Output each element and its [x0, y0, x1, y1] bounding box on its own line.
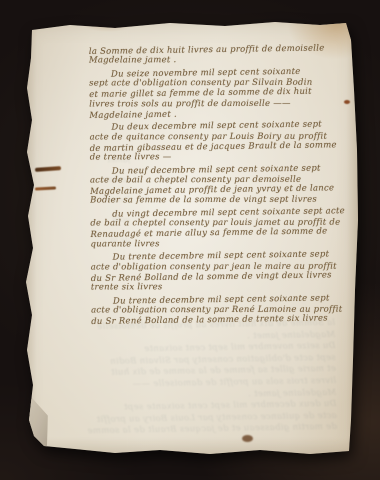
manuscript-line: Bodier sa femme de la somme de vingt sep…	[90, 195, 352, 206]
manuscript-page: jametsommelivresactede la la Somme de di…	[0, 0, 380, 480]
manuscript-paragraph: Du deux decembre mil sept cent soixante …	[89, 120, 351, 163]
manuscript-paragraph: Du trente decembre mil sept cent soixant…	[91, 294, 353, 327]
manuscript-paragraph: la Somme de dix huit livres au proffit d…	[89, 44, 351, 67]
manuscript-line: quarante livres	[90, 238, 352, 249]
manuscript-line: de trente livres —	[90, 152, 352, 163]
paper-sheet: jametsommelivresactede la la Somme de di…	[20, 20, 360, 460]
manuscript-text: la Somme de dix huit livres au proffit d…	[89, 44, 353, 329]
left-edge-binding-mark-lower	[35, 186, 56, 190]
left-edge-binding-mark-upper	[35, 166, 61, 172]
bottom-left-folded-corner	[26, 395, 48, 447]
manuscript-paragraph: Du neuf decembre mil sept cent soixante …	[90, 164, 352, 207]
manuscript-line: Magdelaine jamet .	[89, 55, 351, 66]
photo-backdrop: jametsommelivresactede la la Somme de di…	[0, 0, 380, 480]
bottom-right-ink-spot	[242, 435, 253, 442]
bleed-through-text: la Somme de dix huit livres au proffit d…	[83, 318, 337, 438]
manuscript-paragraph: du vingt decembre mil sept cent soixante…	[90, 207, 352, 250]
manuscript-paragraph: Du trente decembre mil sept cent soixant…	[91, 250, 353, 293]
manuscript-line: trente six livres	[91, 282, 353, 293]
manuscript-paragraph: Du seize novembre mil sept cent soixante…	[89, 67, 351, 120]
